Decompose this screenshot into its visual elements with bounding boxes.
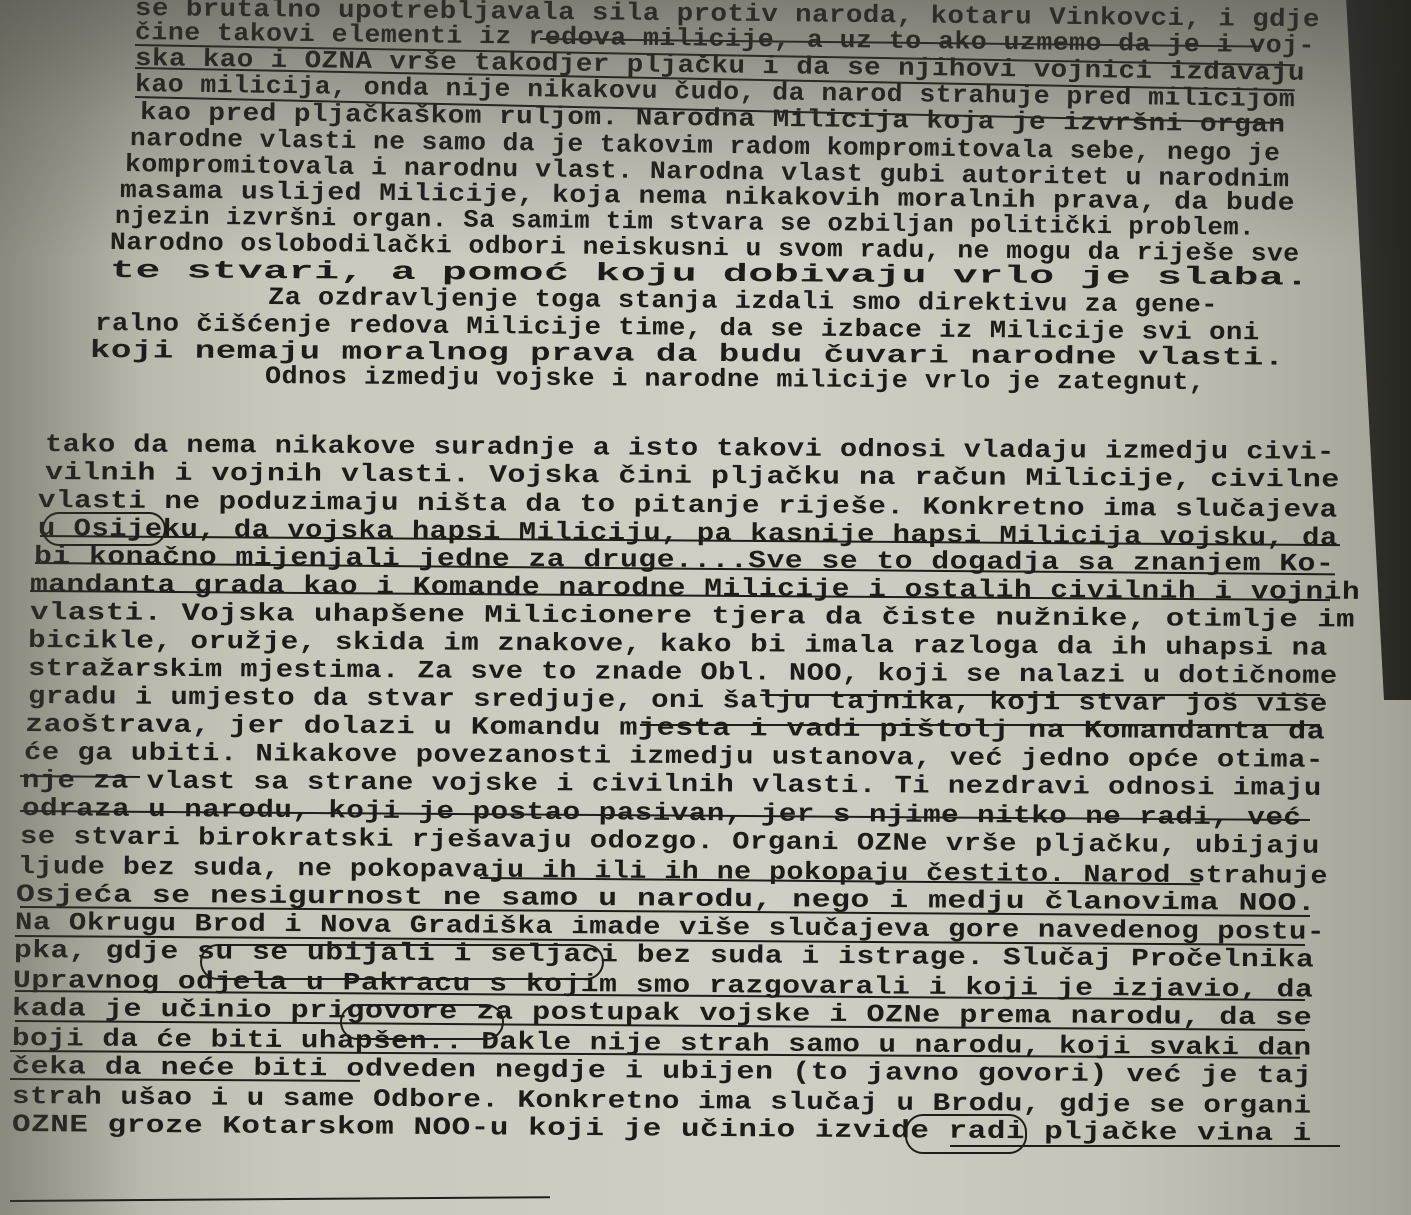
text-line: Odnos izmedju vojske i narodne milicije …: [265, 362, 1205, 397]
typewritten-page: se brutalno upotrebljavala sila protiv n…: [0, 0, 1411, 1215]
document-photo: se brutalno upotrebljavala sila protiv n…: [0, 0, 1411, 1215]
pen-underline: [10, 1196, 550, 1202]
